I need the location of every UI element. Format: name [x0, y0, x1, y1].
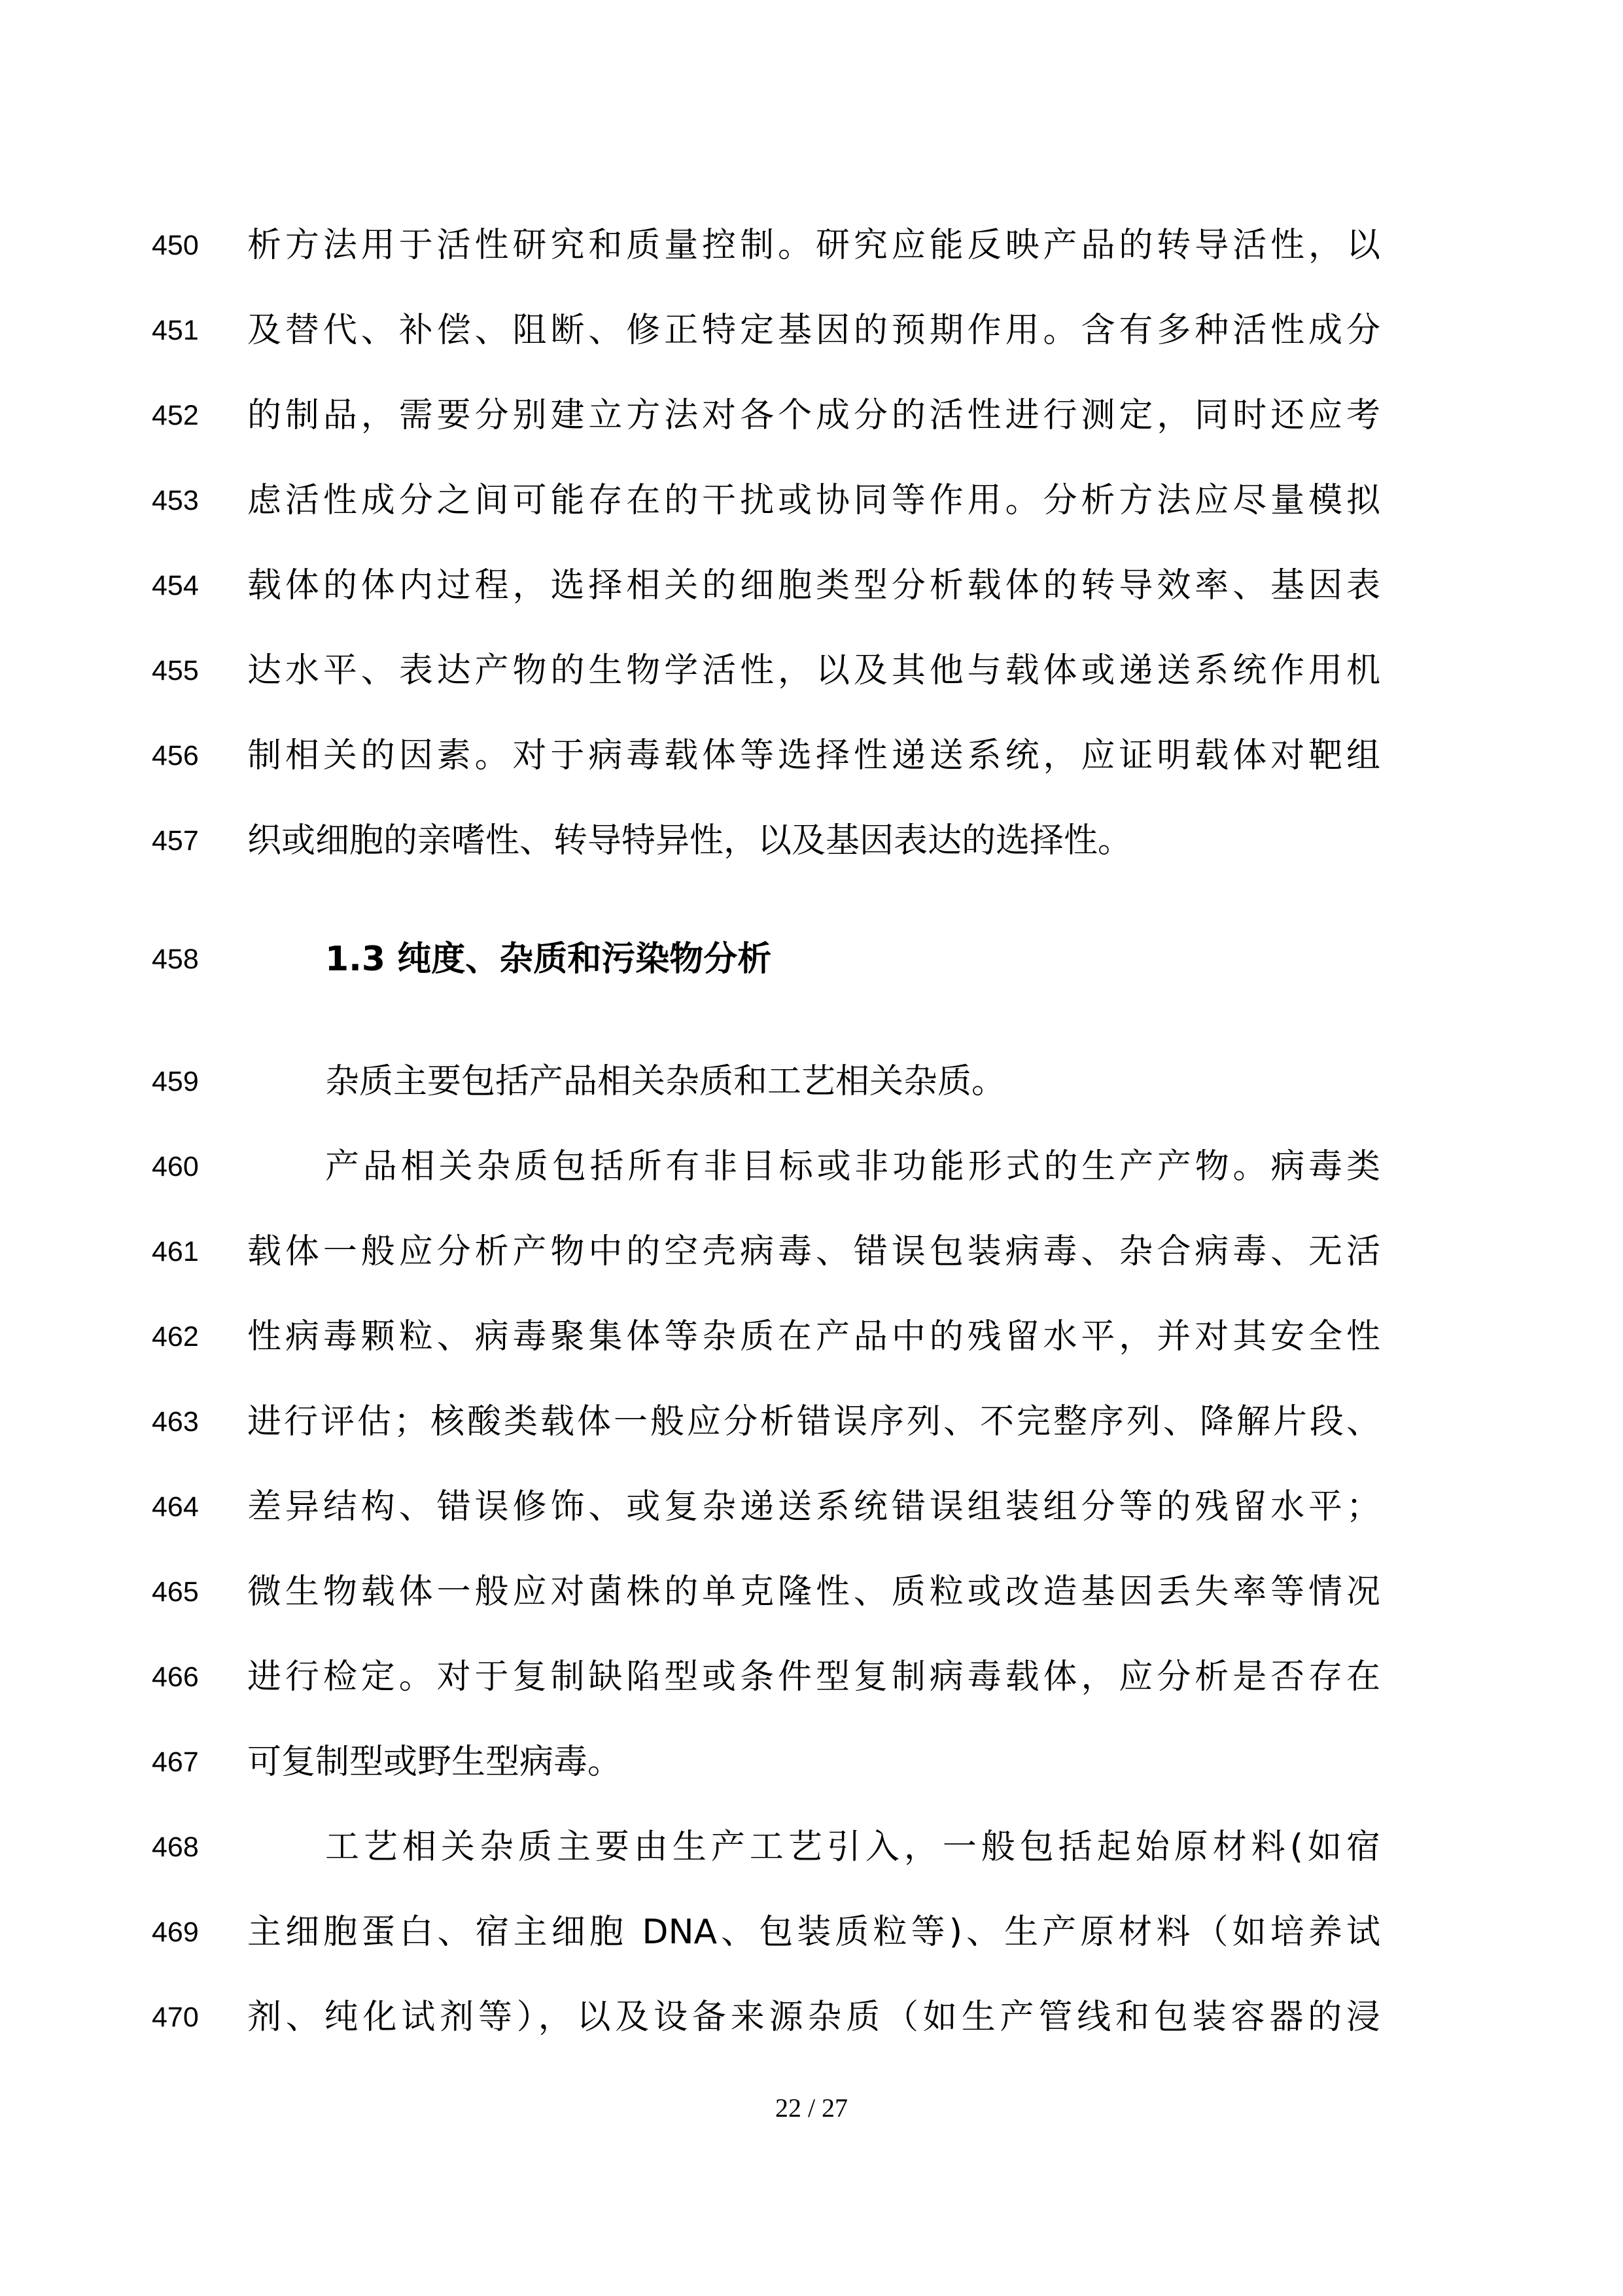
- body-text: 性病毒颗粒、病毒聚集体等杂质在产品中的残留水平，并对其安全性: [247, 1314, 1380, 1360]
- text-line: 456 制相关的因素。对于病毒载体等选择性递送系统，应证明载体对靶组: [0, 733, 1623, 779]
- body-text: 进行评估；核酸类载体一般应分析错误序列、不完整序列、降解片段、: [247, 1399, 1380, 1445]
- body-text: 可复制型或野生型病毒。: [247, 1739, 1380, 1785]
- text-line: 469 主细胞蛋白、宿主细胞 DNA、包装质粒等)、生产原材料（如培养试: [0, 1909, 1623, 1955]
- text-line: 465 微生物载体一般应对菌株的单克隆性、质粒或改造基因丢失率等情况: [0, 1569, 1623, 1615]
- body-text: 进行检定。对于复制缺陷型或条件型复制病毒载体，应分析是否存在: [247, 1654, 1380, 1700]
- line-number: 452: [152, 393, 204, 438]
- page-number: 22 / 27: [0, 2089, 1623, 2128]
- line-number: 465: [152, 1569, 204, 1615]
- line-number: 464: [152, 1484, 204, 1530]
- line-number: 454: [152, 563, 204, 609]
- body-text: 载体一般应分析产物中的空壳病毒、错误包装病毒、杂合病毒、无活: [247, 1229, 1380, 1275]
- body-text: 及替代、补偿、阻断、修正特定基因的预期作用。含有多种活性成分: [247, 308, 1380, 353]
- section-heading: 1.3 纯度、杂质和污染物分析: [325, 936, 1380, 982]
- body-text: 主细胞蛋白、宿主细胞 DNA、包装质粒等)、生产原材料（如培养试: [247, 1909, 1380, 1955]
- text-line: 459 杂质主要包括产品相关杂质和工艺相关杂质。: [0, 1059, 1623, 1104]
- text-line: 464 差异结构、错误修饰、或复杂递送系统错误组装组分等的残留水平；: [0, 1484, 1623, 1530]
- text-line: 453 虑活性成分之间可能存在的干扰或协同等作用。分析方法应尽量模拟: [0, 478, 1623, 523]
- body-text: 杂质主要包括产品相关杂质和工艺相关杂质。: [325, 1059, 1380, 1104]
- body-text: 织或细胞的亲嗜性、转导特异性，以及基因表达的选择性。: [247, 818, 1380, 864]
- text-line: 455 达水平、表达产物的生物学活性，以及其他与载体或递送系统作用机: [0, 648, 1623, 694]
- line-number: 469: [152, 1909, 204, 1955]
- text-line: 466 进行检定。对于复制缺陷型或条件型复制病毒载体，应分析是否存在: [0, 1654, 1623, 1700]
- line-number: 468: [152, 1824, 204, 1870]
- text-line: 461 载体一般应分析产物中的空壳病毒、错误包装病毒、杂合病毒、无活: [0, 1229, 1623, 1275]
- line-number: 460: [152, 1144, 204, 1190]
- text-line: 451 及替代、补偿、阻断、修正特定基因的预期作用。含有多种活性成分: [0, 308, 1623, 353]
- text-line: 450 析方法用于活性研究和质量控制。研究应能反映产品的转导活性，以: [0, 222, 1623, 268]
- document-page: 450 析方法用于活性研究和质量控制。研究应能反映产品的转导活性，以 451 及…: [0, 0, 1623, 2296]
- line-number: 462: [152, 1314, 204, 1360]
- line-number: 466: [152, 1654, 204, 1700]
- text-line: 452 的制品，需要分别建立方法对各个成分的活性进行测定，同时还应考: [0, 393, 1623, 438]
- section-heading-line: 458 1.3 纯度、杂质和污染物分析: [0, 936, 1623, 982]
- text-line: 454 载体的体内过程，选择相关的细胞类型分析载体的转导效率、基因表: [0, 563, 1623, 609]
- text-line: 467 可复制型或野生型病毒。: [0, 1739, 1623, 1785]
- line-number: 461: [152, 1229, 204, 1275]
- body-text: 的制品，需要分别建立方法对各个成分的活性进行测定，同时还应考: [247, 393, 1380, 438]
- text-line: 460 产品相关杂质包括所有非目标或非功能形式的生产产物。病毒类: [0, 1144, 1623, 1190]
- line-number: 458: [152, 936, 204, 982]
- body-text: 产品相关杂质包括所有非目标或非功能形式的生产产物。病毒类: [325, 1144, 1380, 1190]
- body-text: 微生物载体一般应对菌株的单克隆性、质粒或改造基因丢失率等情况: [247, 1569, 1380, 1615]
- body-text: 工艺相关杂质主要由生产工艺引入，一般包括起始原材料(如宿: [325, 1824, 1380, 1870]
- body-text: 剂、纯化试剂等），以及设备来源杂质（如生产管线和包装容器的浸: [247, 1994, 1380, 2040]
- line-number: 463: [152, 1399, 204, 1445]
- line-number: 470: [152, 1994, 204, 2040]
- body-text: 达水平、表达产物的生物学活性，以及其他与载体或递送系统作用机: [247, 648, 1380, 694]
- body-text: 虑活性成分之间可能存在的干扰或协同等作用。分析方法应尽量模拟: [247, 478, 1380, 523]
- line-number: 457: [152, 818, 204, 864]
- line-number: 455: [152, 648, 204, 694]
- text-line: 462 性病毒颗粒、病毒聚集体等杂质在产品中的残留水平，并对其安全性: [0, 1314, 1623, 1360]
- line-number: 453: [152, 478, 204, 523]
- text-line: 463 进行评估；核酸类载体一般应分析错误序列、不完整序列、降解片段、: [0, 1399, 1623, 1445]
- body-text: 差异结构、错误修饰、或复杂递送系统错误组装组分等的残留水平；: [247, 1484, 1380, 1530]
- body-text: 载体的体内过程，选择相关的细胞类型分析载体的转导效率、基因表: [247, 563, 1380, 609]
- line-number: 450: [152, 222, 204, 268]
- text-line: 468 工艺相关杂质主要由生产工艺引入，一般包括起始原材料(如宿: [0, 1824, 1623, 1870]
- text-line: 470 剂、纯化试剂等），以及设备来源杂质（如生产管线和包装容器的浸: [0, 1994, 1623, 2040]
- line-number: 459: [152, 1059, 204, 1104]
- body-text: 析方法用于活性研究和质量控制。研究应能反映产品的转导活性，以: [247, 222, 1380, 268]
- text-line: 457 织或细胞的亲嗜性、转导特异性，以及基因表达的选择性。: [0, 818, 1623, 864]
- body-text: 制相关的因素。对于病毒载体等选择性递送系统，应证明载体对靶组: [247, 733, 1380, 779]
- line-number: 467: [152, 1739, 204, 1785]
- line-number: 456: [152, 733, 204, 779]
- line-number: 451: [152, 308, 204, 353]
